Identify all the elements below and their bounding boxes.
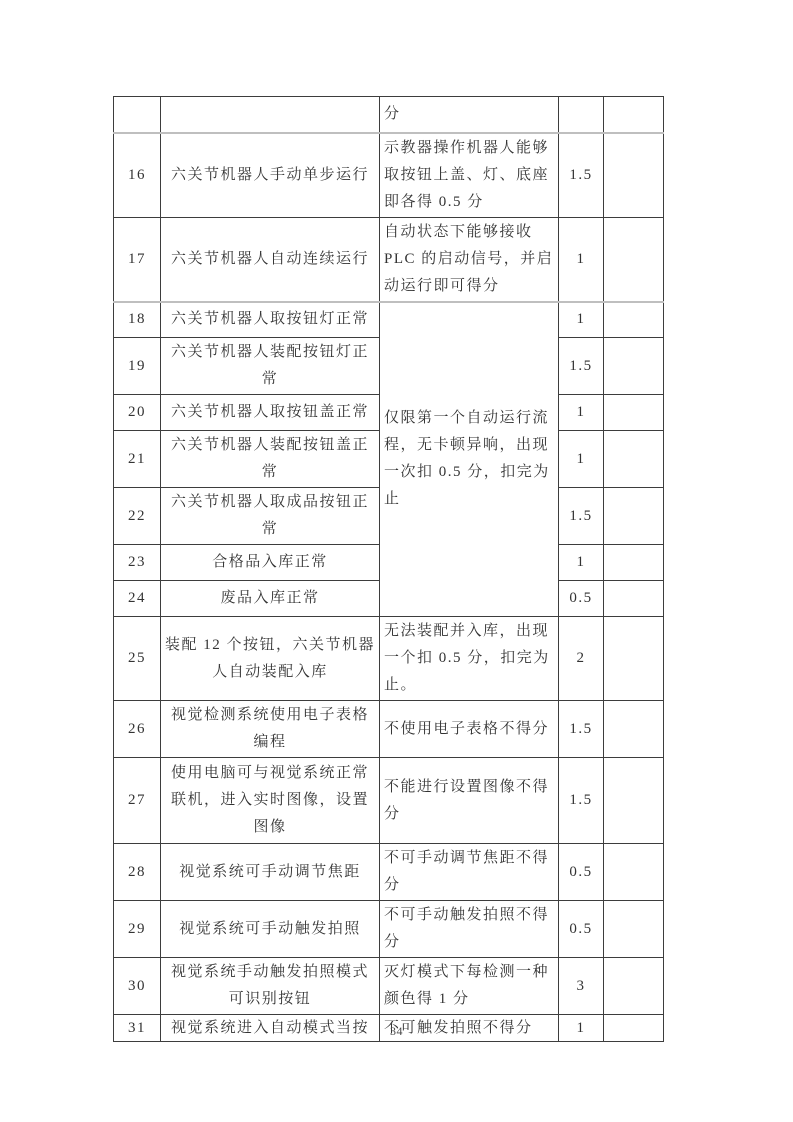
cell-criteria-merged: 仅限第一个自动运行流程，无卡顿异响，出现一次扣 0.5 分，扣完为止 [380, 302, 559, 617]
cell-score: 1.5 [559, 133, 604, 218]
cell-item: 六关节机器人手动单步运行 [161, 133, 380, 218]
cell-no: 25 [114, 617, 161, 701]
cell-no: 20 [114, 395, 161, 431]
document-page: 分 16 六关节机器人手动单步运行 示教器操作机器人能够取按钮上盖、灯、底座即各… [0, 0, 793, 1122]
cell-score: 0.5 [559, 901, 604, 958]
cell-no: 30 [114, 958, 161, 1015]
cell-item: 废品入库正常 [161, 581, 380, 617]
table-row-17: 17 六关节机器人自动连续运行 自动状态下能够接收 PLC 的启动信号，并启动运… [114, 217, 664, 302]
cell-item: 视觉系统手动触发拍照模式可识别按钮 [161, 958, 380, 1015]
cell-criteria: 自动状态下能够接收 PLC 的启动信号，并启动运行即可得分 [380, 217, 559, 302]
cell-score: 0.5 [559, 581, 604, 617]
cell-note [604, 901, 664, 958]
page-number: 34 [0, 1024, 793, 1039]
cell-criteria: 分 [380, 97, 559, 133]
cell-score: 1 [559, 302, 604, 338]
cell-item: 六关节机器人装配按钮灯正常 [161, 338, 380, 395]
cell-item: 合格品入库正常 [161, 545, 380, 581]
cell-item: 视觉系统可手动触发拍照 [161, 901, 380, 958]
cell-note [604, 758, 664, 844]
cell-no: 28 [114, 844, 161, 901]
cell-item: 装配 12 个按钮，六关节机器人自动装配入库 [161, 617, 380, 701]
table-row-18: 18 六关节机器人取按钮灯正常 仅限第一个自动运行流程，无卡顿异响，出现一次扣 … [114, 302, 664, 338]
cell-note [604, 545, 664, 581]
cell-score: 1.5 [559, 338, 604, 395]
table-row-continuation: 分 [114, 97, 664, 133]
cell-score: 1 [559, 217, 604, 302]
cell-no: 23 [114, 545, 161, 581]
cell-no: 21 [114, 431, 161, 488]
cell-score [559, 97, 604, 133]
cell-note [604, 217, 664, 302]
cell-item: 六关节机器人装配按钮盖正常 [161, 431, 380, 488]
cell-criteria: 不能进行设置图像不得分 [380, 758, 559, 844]
cell-score: 1.5 [559, 758, 604, 844]
cell-no: 16 [114, 133, 161, 218]
cell-item: 六关节机器人取成品按钮正常 [161, 488, 380, 545]
table-row-16: 16 六关节机器人手动单步运行 示教器操作机器人能够取按钮上盖、灯、底座即各得 … [114, 133, 664, 218]
cell-note [604, 617, 664, 701]
cell-item: 六关节机器人取按钮盖正常 [161, 395, 380, 431]
cell-no: 24 [114, 581, 161, 617]
cell-score: 1 [559, 545, 604, 581]
cell-criteria: 灭灯模式下每检测一种颜色得 1 分 [380, 958, 559, 1015]
cell-no: 26 [114, 701, 161, 758]
table-row-25: 25 装配 12 个按钮，六关节机器人自动装配入库 无法装配并入库，出现一个扣 … [114, 617, 664, 701]
cell-item: 六关节机器人自动连续运行 [161, 217, 380, 302]
cell-note [604, 488, 664, 545]
table-row-28: 28 视觉系统可手动调节焦距 不可手动调节焦距不得分 0.5 [114, 844, 664, 901]
cell-criteria: 无法装配并入库，出现一个扣 0.5 分，扣完为止。 [380, 617, 559, 701]
cell-no: 29 [114, 901, 161, 958]
cell-item: 视觉检测系统使用电子表格编程 [161, 701, 380, 758]
cell-note [604, 395, 664, 431]
cell-score: 1 [559, 395, 604, 431]
table-row-30: 30 视觉系统手动触发拍照模式可识别按钮 灭灯模式下每检测一种颜色得 1 分 3 [114, 958, 664, 1015]
cell-no [114, 97, 161, 133]
cell-note [604, 581, 664, 617]
table-row-26: 26 视觉检测系统使用电子表格编程 不使用电子表格不得分 1.5 [114, 701, 664, 758]
cell-no: 18 [114, 302, 161, 338]
cell-note [604, 133, 664, 218]
cell-score: 2 [559, 617, 604, 701]
cell-note [604, 302, 664, 338]
cell-no: 19 [114, 338, 161, 395]
cell-note [604, 338, 664, 395]
cell-score: 3 [559, 958, 604, 1015]
table-row-29: 29 视觉系统可手动触发拍照 不可手动触发拍照不得分 0.5 [114, 901, 664, 958]
cell-note [604, 958, 664, 1015]
cell-item [161, 97, 380, 133]
cell-no: 27 [114, 758, 161, 844]
cell-note [604, 701, 664, 758]
cell-score: 1.5 [559, 701, 604, 758]
cell-note [604, 431, 664, 488]
cell-item: 使用电脑可与视觉系统正常联机，进入实时图像，设置图像 [161, 758, 380, 844]
cell-no: 17 [114, 217, 161, 302]
table-row-27: 27 使用电脑可与视觉系统正常联机，进入实时图像，设置图像 不能进行设置图像不得… [114, 758, 664, 844]
score-table: 分 16 六关节机器人手动单步运行 示教器操作机器人能够取按钮上盖、灯、底座即各… [113, 96, 664, 1042]
cell-score: 1.5 [559, 488, 604, 545]
cell-note [604, 97, 664, 133]
cell-score: 0.5 [559, 844, 604, 901]
cell-score: 1 [559, 431, 604, 488]
cell-criteria: 示教器操作机器人能够取按钮上盖、灯、底座即各得 0.5 分 [380, 133, 559, 218]
cell-no: 22 [114, 488, 161, 545]
cell-item: 六关节机器人取按钮灯正常 [161, 302, 380, 338]
cell-criteria: 不可手动触发拍照不得分 [380, 901, 559, 958]
score-table-container: 分 16 六关节机器人手动单步运行 示教器操作机器人能够取按钮上盖、灯、底座即各… [113, 96, 664, 1042]
cell-criteria: 不可手动调节焦距不得分 [380, 844, 559, 901]
cell-criteria: 不使用电子表格不得分 [380, 701, 559, 758]
cell-item: 视觉系统可手动调节焦距 [161, 844, 380, 901]
cell-note [604, 844, 664, 901]
